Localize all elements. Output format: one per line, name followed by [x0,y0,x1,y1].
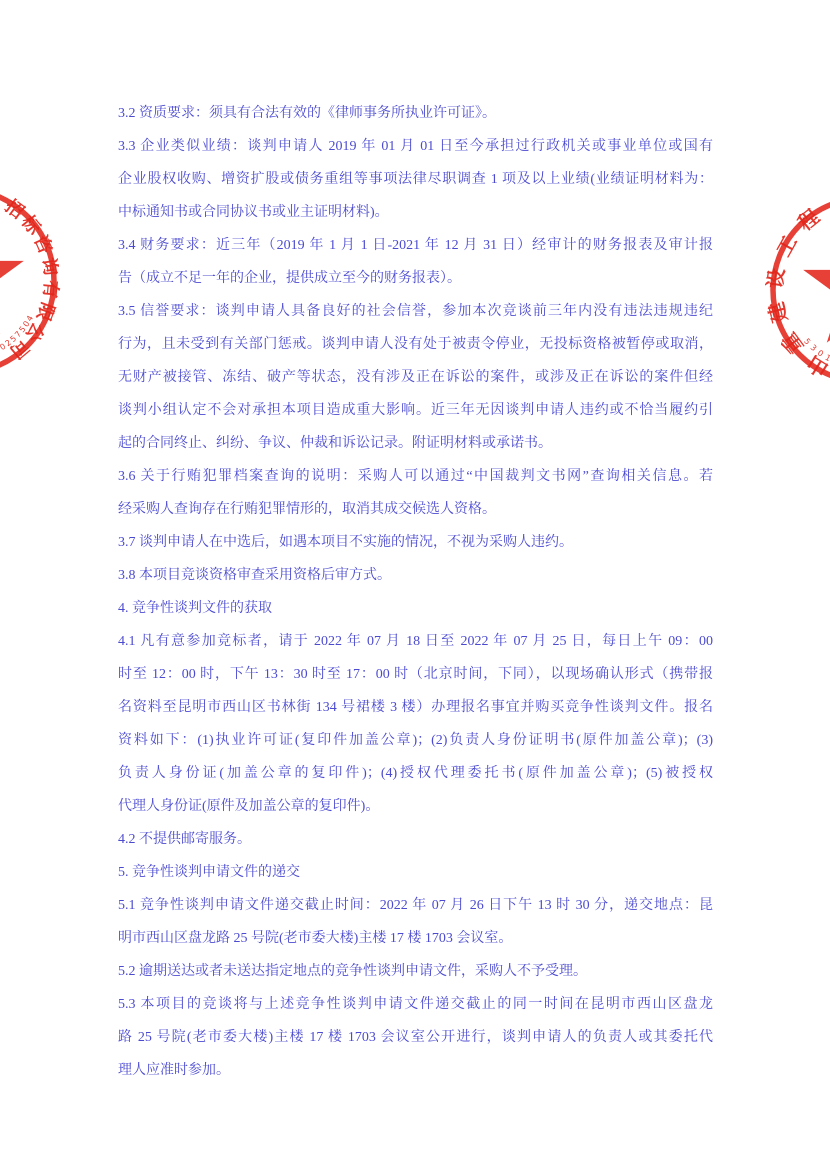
text-line: 3.8 本项目竞谈资格审查采用资格后审方式。 [118,559,713,592]
star-icon [0,216,24,334]
document-page: 3.2 资质要求：须具有合法有效的《律师事务所执业许可证》。3.3 企业类似业绩… [0,0,830,1174]
seal-right-company-textpath: 山重建设工程 [765,205,830,381]
text-line: 企业股权收购、增资扩股或债务重组等事项法律尽职调查 1 项及以上业绩(业绩证明材… [118,163,713,196]
text-line: 明市西山区盘龙路 25 号院(老市委大楼)主楼 17 楼 1703 会议室。 [118,922,713,955]
text-line: 中标通知书或合同协议书或业主证明材料)。 [118,196,713,229]
text-line: 3.3 企业类似业绩：谈判申请人 2019 年 01 月 01 日至今承担过行政… [118,130,713,163]
text-line: 5.1 竞争性谈判申请文件递交截止时间：2022 年 07 月 26 日下午 1… [118,889,713,922]
text-line: 谈判小组认定不会对承担本项目造成重大影响。近三年无因谈判申请人违约或不恰当履约引 [118,394,713,427]
text-line: 4.1 凡有意参加竞标者，请于 2022 年 07 月 18 日至 2022 年… [118,625,713,658]
text-line: 路 25 号院(老市委大楼)主楼 17 楼 1703 会议室公开进行，谈判申请人… [118,1021,713,1054]
text-line: 3.5 信誉要求：谈判申请人具备良好的社会信誉，参加本次竞谈前三年内没有违法违规… [118,295,713,328]
seal-right-serial-text: 5301000 [802,337,830,372]
seal-left-serial-text: 0257504 [0,314,35,352]
text-line: 5.3 本项目的竞谈将与上述竞争性谈判申请文件递交截止的同一时间在昆明市西山区盘… [118,988,713,1021]
text-line: 3.7 谈判申请人在中选后，如遇本项目不实施的情况，不视为采购人违约。 [118,526,713,559]
text-line: 3.6 关于行贿犯罪档案查询的说明：采购人可以通过“中国裁判文书网”查询相关信息… [118,460,713,493]
text-line: 理人应准时参加。 [118,1054,713,1087]
seal-left-company-textpath: 招标咨询有限公司 [1,194,62,362]
document-text-block: 3.2 资质要求：须具有合法有效的《律师事务所执业许可证》。3.3 企业类似业绩… [118,97,713,1087]
text-line: 行为，且未受到有关部门惩戒。谈判申请人没有处于被责令停业，无投标资格被暂停或取消… [118,328,713,361]
text-line: 3.2 资质要求：须具有合法有效的《律师事务所执业许可证》。 [118,97,713,130]
text-line: 名资料至昆明市西山区书林街 134 号裙楼 3 楼）办理报名事宜并购买竞争性谈判… [118,691,713,724]
text-line: 经采购人查询存在行贿犯罪情形的，取消其成交候选人资格。 [118,493,713,526]
text-line: 无财产被接管、冻结、破产等状态，没有涉及正在诉讼的案件，或涉及正在诉讼的案件但经 [118,361,713,394]
text-line: 5.2 逾期送达或者未送达指定地点的竞争性谈判申请文件，采购人不予受理。 [118,955,713,988]
text-line: 起的合同终止、纠纷、争议、仲裁和诉讼记录。附证明材料或承诺书。 [118,427,713,460]
seal-right-graphic: 山重建设工程 5301000 [765,190,830,390]
text-line: 4. 竞争性谈判文件的获取 [118,592,713,625]
text-line: 4.2 不提供邮寄服务。 [118,823,713,856]
text-line: 代理人身份证(原件及加盖公章的复印件)。 [118,790,713,823]
text-line: 时至 12：00 时，下午 13：30 时至 17：00 时（北京时间，下同），… [118,658,713,691]
text-line: 3.4 财务要求：近三年（2019 年 1 月 1 日-2021 年 12 月 … [118,229,713,262]
seal-right-company-text: 山重建设工程 [765,205,830,381]
text-line: 负责人身份证(加盖公章的复印件)；(4)授权代理委托书(原件加盖公章)；(5)被… [118,757,713,790]
company-seal-left: 招标咨询有限公司 0257504 [0,181,62,381]
text-line: 5. 竞争性谈判申请文件的递交 [118,856,713,889]
seal-right-serial-textpath: 5301000 [802,337,830,372]
star-icon [803,225,830,343]
text-line: 告（成立不足一年的企业，提供成立至今的财务报表）。 [118,262,713,295]
text-line: 资料如下：(1)执业许可证(复印件加盖公章)；(2)负责人身份证明书(原件加盖公… [118,724,713,757]
seal-left-serial-textpath: 0257504 [0,314,35,352]
seal-ring [773,198,830,382]
seal-ring [0,189,54,373]
seal-left-company-text: 招标咨询有限公司 [1,194,62,362]
company-seal-right: 山重建设工程 5301000 [765,190,830,390]
seal-left-graphic: 招标咨询有限公司 0257504 [0,181,62,381]
